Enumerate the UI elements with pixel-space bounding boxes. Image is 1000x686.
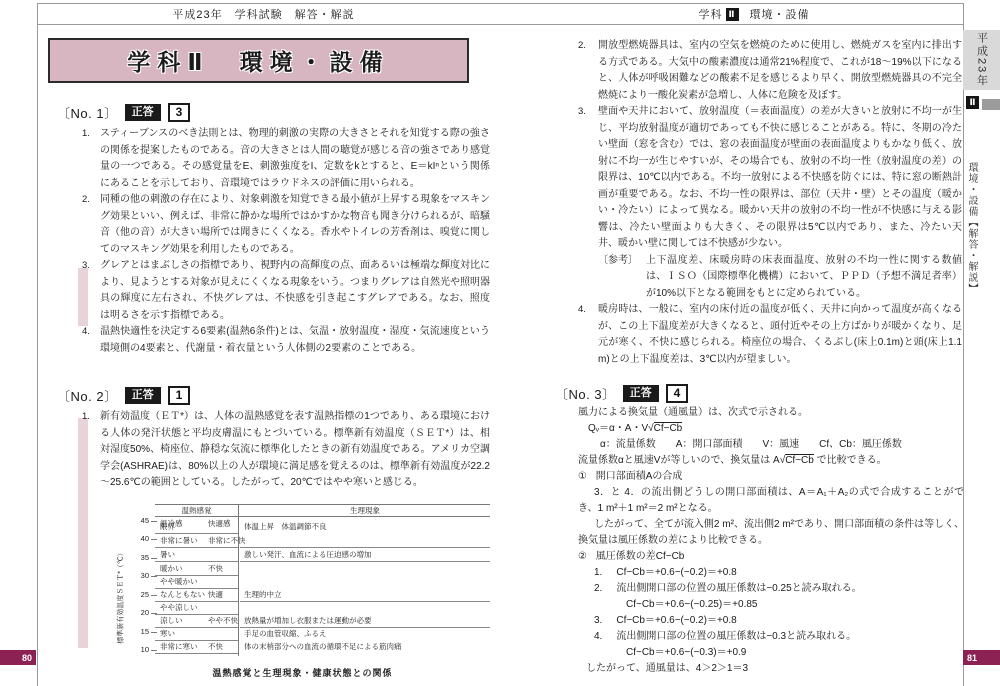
section-1-paragraph: したがって、全てが流入側2 m²、流出側2 m²であり、開口部面積の条件は等しく…	[578, 517, 964, 549]
question-1-items: 1. スティーブンスのべき法則とは、物理的刺激の実際の大きさとそれを知覚する際の…	[82, 126, 490, 386]
calc-number: 4.	[594, 629, 602, 645]
comparison-post: で比較できる。	[814, 455, 887, 466]
question-3-answer-label: 正答	[623, 385, 659, 402]
question-2-label: 〔No. 2〕	[57, 386, 118, 405]
subject-number-badge: Ⅱ	[726, 8, 739, 21]
sensation-cell: やや涼しい	[160, 602, 207, 613]
question-2-answer-label: 正答	[125, 387, 161, 404]
figure-row: 限界 体温上昇 体温調節不良	[115, 521, 490, 534]
physiology-cell: 体温上昇 体温調節不良	[244, 521, 488, 532]
section-1-title-text: 開口部面積Aの合成	[596, 471, 683, 482]
list-item: 2. 開放型燃焼器具は、室内の空気を燃焼のために使用し、燃焼ガスを室内に排出する…	[578, 38, 962, 104]
figure-row: なんともない 快適 生理的中立	[115, 589, 490, 602]
question-1-answer-number: 3	[168, 103, 191, 122]
calc-expression: 流出側開口部の位置の風圧係数は−0.3と読み取れる。	[616, 629, 856, 645]
formula-legend: α：流量係数 A：開口部面積 V：風速 Cf、Cb：風圧係数	[578, 437, 964, 453]
question-2-continued-items: 2. 開放型燃焼器具は、室内の空気を燃焼のために使用し、燃焼ガスを室内に排出する…	[578, 38, 962, 368]
list-item: 3. 壁面や天井において、放射温度（＝表面温度）の差が大きいと放射に不均一が生じ…	[578, 104, 962, 253]
sensation-cell: 暑い	[160, 549, 207, 560]
item-text: 開放型燃焼器具は、室内の空気を燃焼のために使用し、燃焼ガスを室内に排出する方式で…	[598, 38, 962, 104]
calc-row: 2. 流出側開口部の位置の風圧係数は−0.25と読み取れる。	[578, 581, 964, 597]
calc-number: 3.	[594, 613, 602, 629]
figure-row: やや暖かい	[115, 576, 490, 589]
question-3-body: 風力による換気量（通風量）は、次式で示される。 Qᵥ＝α・A・V√Cf−Cb α…	[578, 405, 964, 677]
thermal-sensation-figure: 標準新有効温度ＳＥＴ*（℃） 温熱感覚 生理現象 温冷感 快適感 45 40 3…	[115, 505, 490, 663]
physiology-cell: 手足の血管収縮、ふるえ	[244, 628, 488, 639]
physiology-cell: 体の末梢部分への血流の循環不足による筋肉痛	[244, 641, 488, 652]
chapter-title: 学科Ⅱ 環境・設備	[127, 44, 389, 77]
figure-row: 非常に寒い 不快 体の末梢部分への血流の循環不足による筋肉痛	[115, 641, 490, 654]
sensation-cell: 限界	[160, 521, 207, 532]
item-text: グレアとはまぶしさの指標であり、視野内の高輝度の点、面あるいは極端な輝度対比によ…	[100, 258, 490, 324]
calc-row: 1. Cf−Cb＝+0.6−(−0.2)＝+0.8	[578, 565, 964, 581]
question-1-header: 〔No. 1〕 正答 3	[57, 103, 190, 122]
list-item: 1. 新有効温度（ＥＴ*）は、人体の温熱感覚を表す温熱指標の1つであり、ある環境…	[82, 409, 490, 492]
calc-number: 2.	[594, 581, 602, 597]
figure-row: やや涼しい	[115, 602, 490, 615]
comfort-cell: 快適	[208, 589, 239, 600]
question-1-answer-label: 正答	[125, 104, 161, 121]
left-header-text: 平成23年 学科試験 解答・解説	[172, 6, 354, 22]
figure-row: 暑い 激しい発汗、血流による圧迫感の増加	[115, 549, 490, 562]
item-text: 同種の他の刺激の存在により、対象刺激を知覚できる最小値が上昇する現象をマスキング…	[100, 192, 490, 258]
calc-row: 4. 流出側開口部の位置の風圧係数は−0.3と読み取れる。	[578, 629, 964, 645]
circled-number-1: ①	[578, 471, 587, 482]
frame-top-line	[37, 3, 963, 4]
sidebar-index-marker	[982, 99, 1000, 110]
question-3-header: 〔No. 3〕 正答 4	[555, 384, 688, 403]
section-2-title-text: 風圧係数の差Cf−Cb	[596, 551, 685, 562]
circled-number-2: ②	[578, 551, 587, 562]
item-text: 温熱快適性を決定する6要素(温熱6条件)とは、気温・放射温度・湿度・気流速度とい…	[100, 324, 490, 357]
calc-expression: Cf−Cb＝+0.6−(−0.2)＝+0.8	[616, 613, 736, 629]
item-text: スティーブンスのべき法則とは、物理的刺激の実際の大きさとそれを知覚する際の強さの…	[100, 126, 490, 192]
item-number: 1.	[82, 409, 100, 422]
formula-prefix: Qᵥ＝α・A・V√	[588, 423, 654, 434]
left-page-border	[37, 3, 38, 686]
list-item: 4. 暖房時は、一般に、室内の床付近の温度が低く、天井に向かって温度が高くなるが…	[578, 302, 962, 368]
figure-caption: 温熱感覚と生理現象・健康状態との関係	[115, 666, 490, 679]
item-number: 4.	[82, 324, 100, 337]
figure-row: 寒い 手足の血管収縮、ふるえ	[115, 628, 490, 641]
calc-number: 1.	[594, 565, 602, 581]
physiology-cell: 生理的中立	[244, 589, 488, 600]
figure-row: 暖かい 不快	[115, 563, 490, 576]
calc-expression: Cf−Cb＝+0.6−(−0.2)＝+0.8	[616, 565, 736, 581]
question-2-answer-number: 1	[168, 386, 191, 405]
sensation-cell: 寒い	[160, 628, 207, 639]
figure-column-header-left: 温熱感覚	[155, 505, 238, 516]
figure-row: 非常に暑い 非常に不快	[115, 535, 490, 548]
comparison-pre: 流量係数αと風速Vが等しいので、換気量は A√	[578, 455, 785, 466]
question-3-answer-number: 4	[666, 384, 689, 403]
sensation-cell: 暖かい	[160, 563, 207, 574]
question-3-label: 〔No. 3〕	[555, 384, 616, 403]
sensation-cell: 涼しい	[160, 615, 207, 626]
calc-sub-expression: Cf−Cb＝+0.6−(−0.25)＝+0.85	[578, 597, 964, 613]
item-number: 3.	[578, 104, 598, 117]
right-running-header: 学科 Ⅱ 環境・設備	[545, 6, 963, 22]
item-number: 2.	[82, 192, 100, 205]
formula-radicand: Cf−Cb	[654, 422, 683, 434]
right-header-pre: 学科	[699, 6, 723, 22]
question-2-header: 〔No. 2〕 正答 1	[57, 386, 190, 405]
sensation-cell: やや暖かい	[160, 576, 207, 587]
item-number: 1.	[82, 126, 100, 139]
section-1-paragraph: 3．と 4．の流出側どうしの開口部面積は、A＝A₁＋A₂の式で合成することができ…	[578, 485, 964, 517]
question-1-label: 〔No. 1〕	[57, 103, 118, 122]
section-2-title: ② 風圧係数の差Cf−Cb	[578, 549, 964, 565]
figure-header-line	[155, 516, 490, 517]
sidebar-year-tab: 平成23年	[963, 30, 1000, 90]
physiology-cell: 放熱量が増加し衣服または運動が必要	[244, 615, 488, 626]
sensation-cell: 非常に暑い	[160, 535, 207, 546]
comfort-cell: 不快	[208, 641, 239, 652]
ventilation-formula: Qᵥ＝α・A・V√Cf−Cb	[578, 421, 964, 437]
list-item: 2. 同種の他の刺激の存在により、対象刺激を知覚できる最小値が上昇する現象をマス…	[82, 192, 490, 258]
reference-text: 上下温度差、床暖房時の床表面温度、放射の不均一性に関する数値は、ＩＳＯ（国際標準…	[646, 253, 962, 303]
section-1-title: ① 開口部面積Aの合成	[578, 469, 964, 485]
reference-label: 〔参考〕	[598, 253, 646, 303]
calc-expression: 流出側開口部の位置の風圧係数は−0.25と読み取れる。	[616, 581, 861, 597]
comfort-cell: やや不快	[208, 615, 239, 626]
item-text: 新有効温度（ＥＴ*）は、人体の温熱感覚を表す温熱指標の1つであり、ある環境におけ…	[100, 409, 490, 492]
sidebar-subject-tab: 環境・設備【解答・解説】	[962, 115, 979, 340]
page-number-right: 81	[963, 650, 1000, 665]
comfort-cell: 不快	[208, 563, 239, 574]
figure-row: 涼しい やや不快 放熱量が増加し衣服または運動が必要	[115, 615, 490, 628]
conclusion-line: したがって、通風量は、4＞2＞1＝3	[578, 661, 964, 677]
sensation-cell: 非常に寒い	[160, 641, 207, 652]
comparison-radicand: Cf−Cb	[785, 454, 814, 466]
question-2-items: 1. 新有効温度（ＥＴ*）は、人体の温熱感覚を表す温熱指標の1つであり、ある環境…	[82, 409, 490, 492]
item-number: 4.	[578, 302, 598, 315]
chapter-title-banner: 学科Ⅱ 環境・設備	[48, 38, 469, 83]
left-running-header: 平成23年 学科試験 解答・解説	[37, 6, 490, 22]
figure-column-header-right: 生理現象	[240, 505, 490, 516]
ventilation-intro: 風力による換気量（通風量）は、次式で示される。	[578, 405, 964, 421]
comparison-sentence: 流量係数αと風速Vが等しいので、換気量は A√Cf−Cb で比較できる。	[578, 453, 964, 469]
list-item: 4. 温熱快適性を決定する6要素(温熱6条件)とは、気温・放射温度・湿度・気流速…	[82, 324, 490, 357]
right-header-post: 環境・設備	[750, 6, 810, 22]
comfort-cell: 非常に不快	[208, 535, 239, 546]
list-item: 1. スティーブンスのべき法則とは、物理的刺激の実際の大きさとそれを知覚する際の…	[82, 126, 490, 192]
header-bottom-line	[37, 24, 963, 25]
sensation-cell: なんともない	[160, 589, 207, 600]
calc-sub-expression: Cf−Cb＝+0.6−(−0.3)＝+0.9	[578, 645, 964, 661]
page-number-left: 80	[0, 650, 36, 665]
sidebar-subject-number-badge: Ⅱ	[966, 96, 979, 109]
reference-note: 〔参考〕 上下温度差、床暖房時の床表面温度、放射の不均一性に関する数値は、ＩＳＯ…	[578, 253, 962, 303]
item-number: 2.	[578, 38, 598, 51]
physiology-cell: 激しい発汗、血流による圧迫感の増加	[244, 549, 488, 560]
item-text: 壁面や天井において、放射温度（＝表面温度）の差が大きいと放射に不均一が生じ、平均…	[598, 104, 962, 253]
item-text: 暖房時は、一般に、室内の床付近の温度が低く、天井に向かって温度が高くなるが、この…	[598, 302, 962, 368]
list-item: 3. グレアとはまぶしさの指標であり、視野内の高輝度の点、面あるいは極端な輝度対…	[82, 258, 490, 324]
item-number: 3.	[82, 258, 100, 271]
calc-row: 3. Cf−Cb＝+0.6−(−0.2)＝+0.8	[578, 613, 964, 629]
